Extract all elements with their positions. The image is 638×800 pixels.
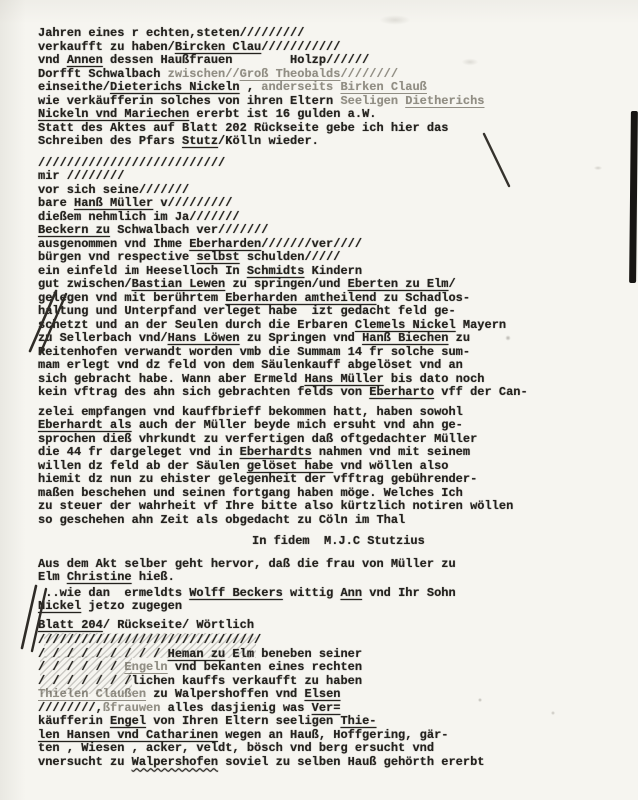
text-segment: auch der Müller beyde mich ersuht vnd ah…: [132, 418, 463, 432]
text-segment: schulden/////: [240, 250, 341, 264]
text-line: maßen beschehen und seinen fortgang habe…: [38, 487, 528, 501]
text-segment: vnd bekanten eines rechten: [168, 660, 362, 674]
underlined-text: Engeln: [124, 660, 167, 674]
text-segment: so geschehen ahn Zeit als obgedacht zu C…: [38, 513, 405, 527]
text-segment: vff der Can-: [434, 385, 528, 399]
text-line: ausgenommen vnd Ihme Eberharden///////ve…: [38, 238, 528, 252]
censor-bar: [629, 111, 638, 283]
text-segment: ////////,: [38, 701, 103, 715]
underlined-text: Heman zu: [168, 647, 226, 661]
text-line: ///////////////////////////////: [38, 634, 528, 648]
text-segment: vnersucht zu: [38, 755, 132, 769]
text-line: gut zwischen/Bastian Lewen zu springen/u…: [38, 278, 528, 292]
text-segment: kein vftrag des ahn sich gebrachten feld…: [38, 385, 369, 399]
text-segment: ,: [240, 80, 262, 94]
text-segment: vnd wöllen also: [333, 459, 448, 473]
underlined-text: Dieterichs Nickeln: [110, 80, 240, 94]
text-segment: / / / / / / / / /: [38, 647, 168, 661]
text-segment: sprochen dieß vhrkundt zu verfertigen da…: [38, 432, 477, 446]
text-line: mam erlegt vnd dz feld von dem Säulenkau…: [38, 359, 528, 373]
text-segment: hiemit dz nun zu ehister gelegenheit der…: [38, 472, 477, 486]
faded-text: ////////: [340, 67, 398, 81]
faded-text: Seeligen: [340, 94, 405, 108]
underlined-text: Ver=: [312, 701, 341, 715]
text-segment: ausgenommen vnd Ihme: [38, 237, 189, 251]
text-line: Nickeln vnd Mariechen ererbt ist 16 guld…: [38, 108, 528, 122]
text-segment: käufferin: [38, 714, 110, 728]
scanned-document-page: Jahren eines r echten,steten/////////ver…: [0, 0, 638, 800]
underlined-text: len Hansen vnd Catharinen: [38, 728, 218, 742]
text-line: / / / / / / / / / Heman zu Elm beneben s…: [38, 648, 528, 662]
text-line: Eberhardt als auch der Müller beyde mich…: [38, 419, 528, 433]
text-line: Jahren eines r echten,steten/////////: [38, 27, 528, 41]
text-segment: Elm beneben seiner: [225, 647, 362, 661]
underlined-text: Stutz: [182, 134, 218, 148]
text-segment: haltung und Unterpfand verleget habe izt…: [38, 304, 456, 318]
text-line: mir ////////: [38, 170, 528, 184]
text-line: Reitenhofen verwandt worden vmb die Summ…: [38, 346, 528, 360]
underlined-text: Thielen Claußen: [38, 687, 146, 701]
underlined-text: Hanß Biechen: [362, 331, 448, 345]
text-line: sich gebracht habe. Wann aber Ermeld Han…: [38, 373, 528, 387]
text-segment: / Rückseite/ Wörtlich: [103, 618, 254, 632]
text-segment: wittig: [283, 586, 341, 600]
text-segment: dießem nehmlich im Ja///////: [38, 210, 240, 224]
underlined-text: Nickeln vnd Mariechen: [38, 107, 189, 121]
underlined-text: selbst: [196, 250, 239, 264]
text-line: ////////,ßfrauwen alles dasjienig was Ve…: [38, 702, 528, 716]
text-segment: Dorfft Schwalbach: [38, 67, 168, 81]
text-segment: bare: [38, 196, 74, 210]
text-segment: ein einfeld im Heeselloch In: [38, 264, 247, 278]
text-segment: Kindern: [304, 264, 362, 278]
text-segment: Mayern: [456, 318, 506, 332]
pen-mark-double-slash-left-2a: [22, 586, 36, 648]
text-segment: zu Schadlos-: [376, 291, 470, 305]
underlined-text: Walpershofen: [132, 755, 218, 769]
text-segment: zu Springen vnd: [240, 331, 362, 345]
underlined-text: Schmidts: [247, 264, 305, 278]
underlined-text: Bastian Lewen: [132, 277, 226, 291]
text-segment: dessen Haußfrauen Holzp//////: [103, 53, 369, 67]
underlined-text: Ann: [340, 586, 362, 600]
text-segment: gut zwischen/: [38, 277, 132, 291]
text-line: dießem nehmlich im Ja///////: [38, 211, 528, 225]
text-segment: zu: [448, 331, 470, 345]
text-line: In fidem M.J.C Stutzius: [38, 535, 528, 549]
text-segment: Aus dem Akt selber geht hervor, daß die …: [38, 557, 456, 571]
document-body: Jahren eines r echten,steten/////////ver…: [38, 27, 528, 769]
text-segment: soviel zu selben Hauß gehörth ererbt: [218, 755, 484, 769]
text-segment: zu steuer der wahrheit vf Ihre bitte als…: [38, 499, 513, 513]
underlined-text: Hans Müller: [304, 372, 383, 386]
text-line: wie verkäufferin solches von ihren Elter…: [38, 95, 528, 109]
text-segment: bürgen vnd respective: [38, 250, 196, 264]
underlined-text: Elsen: [304, 687, 340, 701]
text-segment: vor sich seine///////: [38, 183, 189, 197]
text-line: bürgen vnd respective selbst schulden///…: [38, 251, 528, 265]
underlined-text: Eberharden: [189, 237, 261, 251]
underlined-text: Eberten zu Elm: [348, 277, 449, 291]
text-segment: ///////////////////////////////: [38, 633, 261, 647]
text-segment: zelei empfangen vnd kauffbrieff bekommen…: [38, 405, 463, 419]
text-line: verkaufft zu haben/Bircken Clau/////////…: [38, 41, 528, 55]
text-line: / / / / / / Engeln vnd bekanten eines re…: [38, 661, 528, 675]
text-line: //////////////////////////: [38, 157, 528, 171]
underlined-text: Groß Theobalds: [240, 67, 341, 81]
text-segment: schetzt und an der Seulen durch die Erba…: [38, 318, 355, 332]
text-segment: hieß.: [132, 570, 175, 584]
text-segment: ..wie dan ermeldts: [38, 586, 189, 600]
text-segment: Schwalbach ver///////: [110, 223, 268, 237]
text-segment: Schreiben des Pfars: [38, 134, 182, 148]
text-line: so geschehen ahn Zeit als obgedacht zu C…: [38, 514, 528, 528]
underlined-text: Christine: [67, 570, 132, 584]
underlined-text: Eberhardts: [240, 445, 312, 459]
text-segment: gelegen vnd mit berührtem: [38, 291, 225, 305]
underlined-text: Blatt 204: [38, 618, 103, 632]
text-line: bare Hanß Müller v/////////: [38, 197, 528, 211]
text-line: Elm Christine hieß.: [38, 571, 528, 585]
underlined-text: Hanß Müller: [74, 196, 153, 210]
text-line: sprochen dieß vhrkundt zu verfertigen da…: [38, 433, 528, 447]
text-segment: /Kölln wieder.: [218, 134, 319, 148]
underlined-text: Annen: [67, 53, 103, 67]
faded-text: anderseits: [261, 80, 340, 94]
underlined-text: Hans Löwen: [168, 331, 240, 345]
text-segment: verkaufft zu haben/: [38, 40, 175, 54]
underlined-text: Thie-: [340, 714, 376, 728]
text-segment: vnd Ihr Sohn: [362, 586, 456, 600]
text-line: vnersucht zu Walpershofen soviel zu selb…: [38, 756, 528, 770]
text-segment: wie verkäufferin solches von ihren Elter…: [38, 94, 340, 108]
text-line: Blatt 204/ Rückseite/ Wörtlich: [38, 619, 528, 633]
text-line: die 44 fr dargeleget vnd in Eberhardts n…: [38, 446, 528, 460]
faded-text: ßfrauwen: [103, 701, 161, 715]
text-segment: vnd: [38, 53, 67, 67]
text-segment: ten , Wiesen , acker, veldt, bösch vnd b…: [38, 741, 434, 755]
text-segment: Elm: [38, 570, 67, 584]
text-segment: v/////////: [153, 196, 232, 210]
text-segment: einseithe/: [38, 80, 110, 94]
text-line: kein vftrag des ahn sich gebrachten feld…: [38, 386, 528, 400]
text-line: ein einfeld im Heeselloch In Schmidts Ki…: [38, 265, 528, 279]
text-line: Statt des Aktes auf Blatt 202 Rückseite …: [38, 122, 528, 136]
text-segment: Reitenhofen verwandt worden vmb die Summ…: [38, 345, 470, 359]
text-line: vnd Annen dessen Haußfrauen Holzp//////: [38, 54, 528, 68]
underlined-text: Eberharden amtheilend: [225, 291, 376, 305]
text-line: käufferin Engel von Ihren Eltern seelige…: [38, 715, 528, 729]
text-segment: nahmen vnd mit seinem: [312, 445, 470, 459]
text-segment: willen dz feld ab der Säulen: [38, 459, 247, 473]
text-segment: wegen an Hauß, Hoffgering, gär-: [218, 728, 448, 742]
text-segment: die 44 fr dargeleget vnd in: [38, 445, 240, 459]
text-line: Schreiben des Pfars Stutz/Kölln wieder.: [38, 135, 528, 149]
text-line: Dorfft Schwalbach zwischen//Groß Theobal…: [38, 68, 528, 82]
text-segment: jetzo zugegen: [81, 599, 182, 613]
text-line: Thielen Claußen zu Walpershoffen vnd Els…: [38, 688, 528, 702]
text-segment: ///////////: [261, 40, 340, 54]
text-line: ..wie dan ermeldts Wolff Beckers wittig …: [38, 587, 528, 601]
text-segment: In fidem M.J.C Stutzius: [252, 534, 425, 548]
text-segment: ///////ver////: [261, 237, 362, 251]
text-segment: / / / / / / /lichen kauffs verkaufft zu …: [38, 674, 362, 688]
text-line: zu Sellerbach vnd/Hans Löwen zu Springen…: [38, 332, 528, 346]
underlined-text: Bircken Clau: [175, 40, 261, 54]
text-line: len Hansen vnd Catharinen wegen an Hauß,…: [38, 729, 528, 743]
text-segment: ererbt ist 16 gulden a.W.: [189, 107, 376, 121]
text-segment: /: [449, 277, 456, 291]
text-segment: Jahren eines r echten,steten/////////: [38, 26, 304, 40]
text-segment: maßen beschehen und seinen fortgang habe…: [38, 486, 463, 500]
underlined-text: Birken Clauß: [340, 80, 426, 94]
faded-text: zwischen//: [168, 67, 240, 81]
text-line: zu steuer der wahrheit vf Ihre bitte als…: [38, 500, 528, 514]
underlined-text: Eberhardt als: [38, 418, 132, 432]
underlined-text: Engel: [110, 714, 146, 728]
text-line: gelegen vnd mit berührtem Eberharden amt…: [38, 292, 528, 306]
text-segment: sich gebracht habe. Wann aber Ermeld: [38, 372, 304, 386]
text-segment: zu springen/und: [225, 277, 347, 291]
text-segment: mir ////////: [38, 169, 124, 183]
text-segment: bis dato noch: [384, 372, 485, 386]
text-line: Beckern zu Schwalbach ver///////: [38, 224, 528, 238]
text-segment: von Ihren Eltern seeligen: [146, 714, 340, 728]
text-line: willen dz feld ab der Säulen gelöset hab…: [38, 460, 528, 474]
text-line: / / / / / / /lichen kauffs verkaufft zu …: [38, 675, 528, 689]
text-line: schetzt und an der Seulen durch die Erba…: [38, 319, 528, 333]
text-line: vor sich seine///////: [38, 184, 528, 198]
text-segment: Statt des Aktes auf Blatt 202 Rückseite …: [38, 121, 448, 135]
text-segment: mam erlegt vnd dz feld von dem Säulenkau…: [38, 358, 463, 372]
text-segment: zu Sellerbach vnd/: [38, 331, 168, 345]
underlined-text: Clemels Nickel: [355, 318, 456, 332]
text-line: ten , Wiesen , acker, veldt, bösch vnd b…: [38, 742, 528, 756]
underlined-text: Beckern zu: [38, 223, 110, 237]
underlined-text: Eberharto: [369, 385, 434, 399]
text-segment: / / / / / /: [38, 660, 124, 674]
text-segment: //////////////////////////: [38, 156, 225, 170]
text-line: hiemit dz nun zu ehister gelegenheit der…: [38, 473, 528, 487]
text-segment: alles dasjienig was: [160, 701, 311, 715]
underlined-text: Wolff Beckers: [189, 586, 283, 600]
text-line: haltung und Unterpfand verleget habe izt…: [38, 305, 528, 319]
underlined-text: Dietherichs: [405, 94, 484, 108]
text-line: zelei empfangen vnd kauffbrieff bekommen…: [38, 406, 528, 420]
underlined-text: gelöset habe: [247, 459, 333, 473]
text-line: einseithe/Dieterichs Nickeln , anderseit…: [38, 81, 528, 95]
text-line: Aus dem Akt selber geht hervor, daß die …: [38, 558, 528, 572]
text-line: Nickel jetzo zugegen: [38, 600, 528, 614]
text-segment: zu Walpershoffen vnd: [146, 687, 304, 701]
underlined-text: Nickel: [38, 599, 81, 613]
